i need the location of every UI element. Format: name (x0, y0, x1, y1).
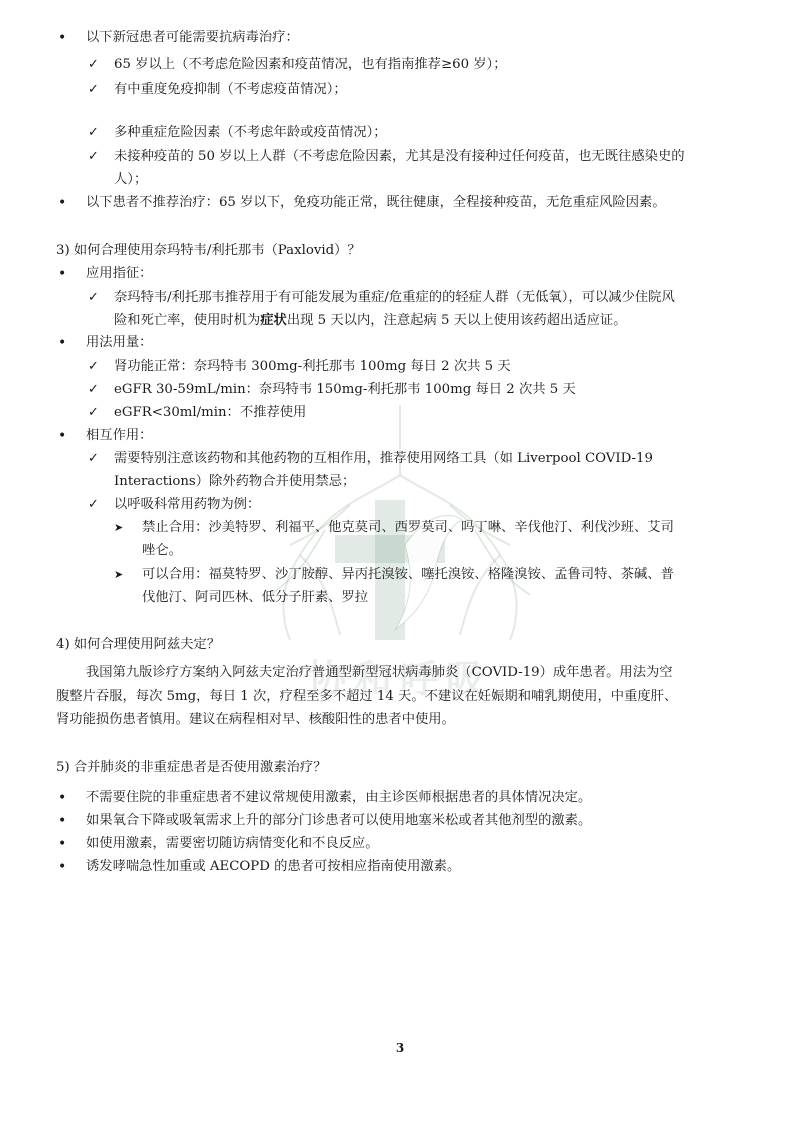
check-icon: ✓ (88, 288, 99, 308)
bullet-icon: • (58, 264, 66, 284)
antiviral-heading: 以下新冠患者可能需要抗病毒治疗： (86, 28, 299, 48)
list-item: 多种重症危险因素（不考虑年龄或疫苗情况）； (114, 123, 387, 143)
check-icon: ✓ (88, 80, 99, 100)
check-icon: ✓ (88, 147, 99, 167)
list-item-continuation: 人）； (114, 170, 147, 190)
page-number: 3 (0, 1041, 800, 1055)
check-icon: ✓ (88, 123, 99, 143)
bullet-icon: • (58, 426, 66, 446)
indication-text-line2: 险和死亡率，使用时机为症状出现 5 天以内，注意起病 5 天以上使用该药超出适应… (114, 311, 627, 331)
check-icon: ✓ (88, 403, 99, 423)
allowed-drugs: 可以合用：福莫特罗、沙丁胺醇、异丙托溴铵、噻托溴铵、格隆溴铵、孟鲁司特、茶碱、普 (142, 565, 674, 585)
steroid-item: 不需要住院的非重症患者不建议常规使用激素，由主诊医师根据患者的具体情况决定。 (86, 788, 591, 808)
steroid-item: 诱发哮喘急性加重或 AECOPD 的患者可按相应指南使用激素。 (86, 857, 460, 877)
check-icon: ✓ (88, 380, 99, 400)
check-icon: ✓ (88, 55, 99, 75)
section-3-title: 3) 如何合理使用奈玛特韦/利托那韦（Paxlovid）？ (56, 241, 361, 261)
bullet-icon: • (58, 333, 66, 353)
section-4-title: 4) 如何合理使用阿兹夫定？ (56, 635, 220, 655)
steroid-item: 如果氧合下降或吸氧需求上升的部分门诊患者可以使用地塞米松或者其他剂型的激素。 (86, 811, 591, 831)
not-recommended-text: 以下患者不推荐治疗：65 岁以下，免疫功能正常，既往健康，全程接种疫苗，无危重症… (86, 193, 666, 213)
forbidden-drugs: 禁止合用：沙美特罗、利福平、他克莫司、西罗莫司、吗丁啉、辛伐他汀、利伐沙班、艾司 (142, 518, 674, 538)
dosage-item: eGFR 30-59mL/min：奈玛特韦 150mg-利托那韦 100mg 每… (114, 380, 576, 400)
section-5-title: 5) 合并肺炎的非重症患者是否使用激素治疗？ (56, 758, 327, 778)
arrow-icon: ➤ (114, 518, 123, 538)
interactions-item: 需要特别注意该药物和其他药物的互相作用，推荐使用网络工具（如 Liverpool… (114, 449, 653, 469)
interactions-label: 相互作用： (86, 426, 152, 446)
dosage-item: 肾功能正常：奈玛特韦 300mg-利托那韦 100mg 每日 2 次共 5 天 (114, 357, 511, 377)
dosage-label: 用法用量： (86, 333, 152, 353)
bullet-icon: • (58, 834, 66, 854)
list-item: 未接种疫苗的 50 岁以上人群（不考虑危险因素，尤其是没有接种过任何疫苗，也无既… (114, 147, 685, 167)
arrow-icon: ➤ (114, 565, 123, 585)
list-item: 65 岁以上（不考虑危险因素和疫苗情况，也有指南推荐≥60 岁）； (114, 55, 507, 75)
forbidden-drugs-continuation: 唑仑。 (142, 541, 182, 561)
check-icon: ✓ (88, 495, 99, 515)
steroid-item: 如使用激素，需要密切随访病情变化和不良反应。 (86, 834, 379, 854)
interactions-item-continuation: Interactions）除外药物合并使用禁忌； (114, 472, 355, 492)
dosage-item: eGFR<30ml/min：不推荐使用 (114, 403, 306, 423)
bullet-icon: • (58, 811, 66, 831)
bullet-icon: • (58, 28, 66, 48)
azvudine-paragraph-line1: 我国第九版诊疗方案纳入阿兹夫定治疗普通型新型冠状病毒肺炎（COVID-19）成年… (86, 663, 673, 683)
bullet-icon: • (58, 857, 66, 877)
bullet-icon: • (58, 788, 66, 808)
indication-text-line1: 奈玛特韦/利托那韦推荐用于有可能发展为重症/危重症的的轻症人群（无低氧），可以减… (114, 288, 675, 308)
azvudine-paragraph-line2: 腹整片吞服，每次 5mg，每日 1 次，疗程至多不超过 14 天。不建议在妊娠期… (56, 687, 677, 707)
list-item: 有中重度免疫抑制（不考虑疫苗情况）； (114, 80, 347, 100)
check-icon: ✓ (88, 357, 99, 377)
allowed-drugs-continuation: 伐他汀、阿司匹林、低分子肝素、罗拉 (142, 588, 368, 608)
indication-label: 应用指征： (86, 264, 152, 284)
azvudine-paragraph-line3: 肾功能损伤患者慎用。建议在病程相对早、核酸阳性的患者中使用。 (56, 710, 455, 730)
check-icon: ✓ (88, 449, 99, 469)
interactions-item: 以呼吸科常用药物为例： (114, 495, 260, 515)
bullet-icon: • (58, 193, 66, 213)
